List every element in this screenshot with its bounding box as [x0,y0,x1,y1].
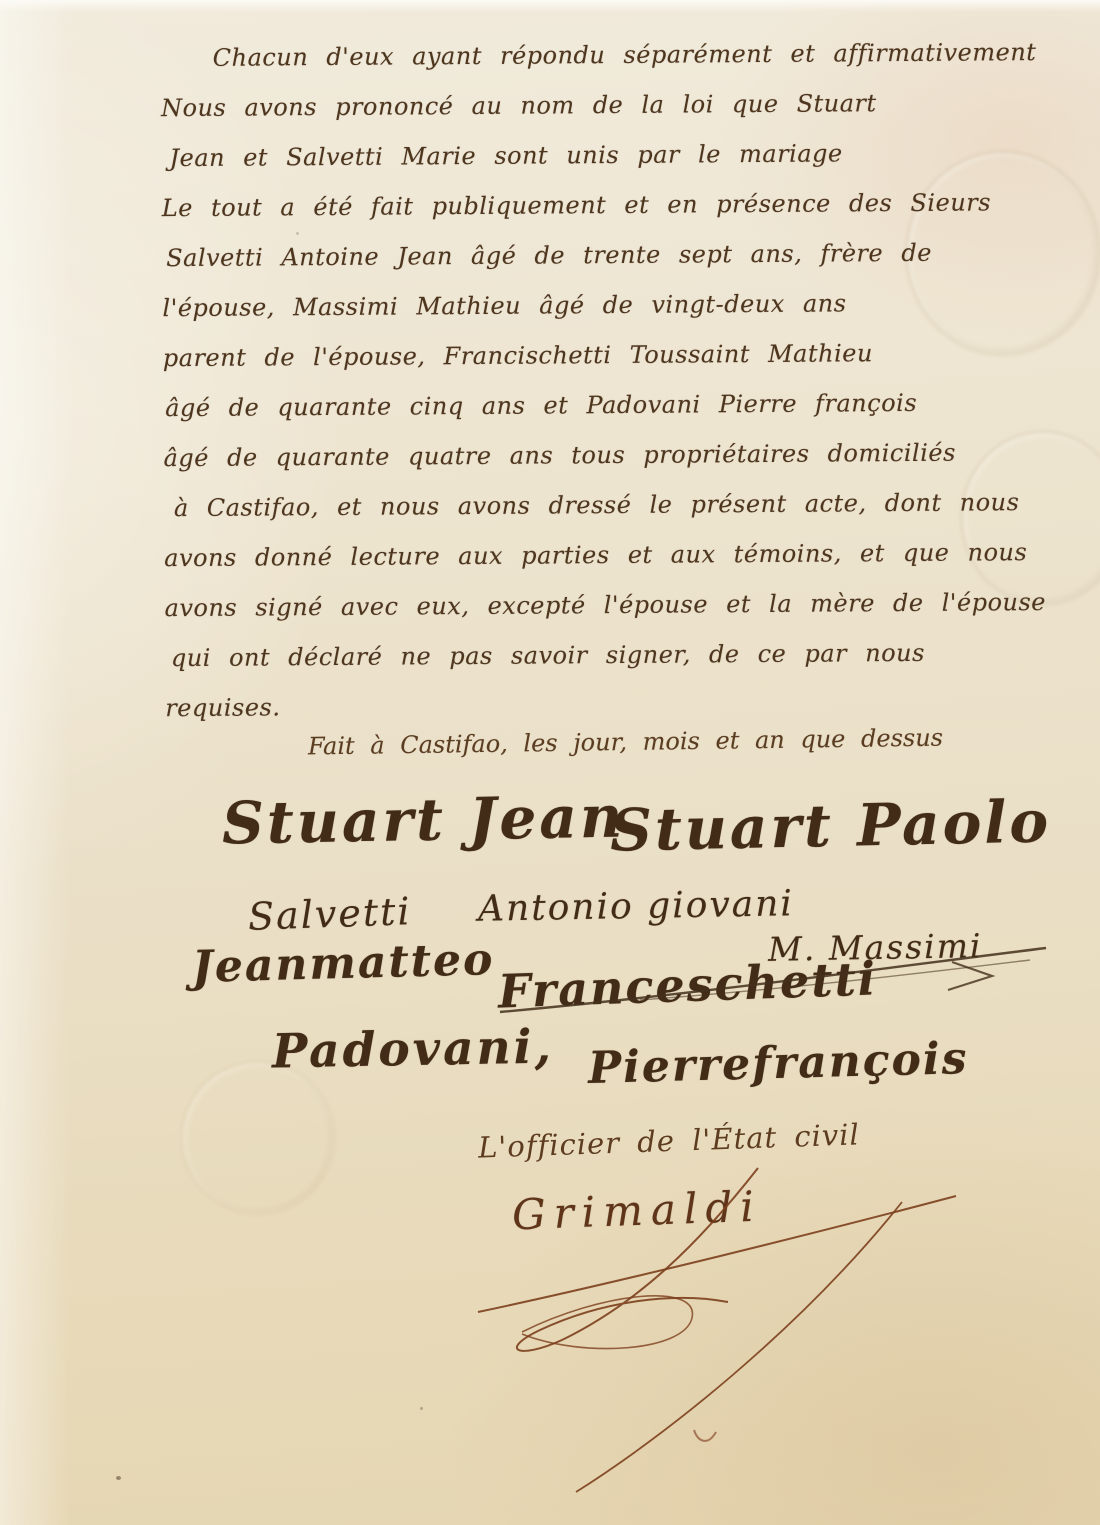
signature-stuart-jean: Stuart Jean [221,782,625,857]
manuscript-line: âgé de quarante quatre ans tous propriét… [163,427,1073,483]
signature-stuart-paolo: Stuart Paolo [609,787,1051,864]
paper-speck [116,1476,121,1480]
manuscript-line: Nous avons prononcé au nom de la loi que… [161,77,1071,133]
manuscript-line: à Castifao, et nous avons dressé le prés… [164,477,1074,533]
signature-jeanmatteo: Jeanmatteo [191,934,495,993]
manuscript-line: âgé de quarante cinq ans et Padovani Pie… [163,377,1073,433]
signature-antonio-giovani: Antonio giovani [478,883,795,930]
signature-pierrefrancois: Pierrefrançois [587,1033,969,1094]
manuscript-line: avons donné lecture aux parties et aux t… [164,527,1074,583]
signature-grimaldi: Grimaldi [511,1182,762,1240]
paper-left-edge [0,0,70,1525]
manuscript-line: Le tout a été fait publiquement et en pr… [162,177,1072,233]
manuscript-line: Jean et Salvetti Marie sont unis par le … [161,127,1071,183]
manuscript-body: Chacun d'eux ayant répondu séparément et… [161,27,1076,733]
signature-massimi: M. Massimi [768,926,983,969]
manuscript-line: Salvetti Antoine Jean âgé de trente sept… [162,227,1072,283]
paper-speck [420,1407,423,1410]
manuscript-line: parent de l'épouse, Francischetti Toussa… [163,327,1073,383]
paper-top-edge [0,0,1100,12]
officer-title: L'officier de l'État civil [478,1117,861,1164]
manuscript-line: qui ont déclaré ne pas savoir signer, de… [165,627,1075,683]
blind-embossed-seal [180,1060,336,1216]
manuscript-page: Chacun d'eux ayant répondu séparément et… [0,0,1100,1525]
manuscript-line: l'épouse, Massimi Mathieu âgé de vingt-d… [162,277,1072,333]
signature-salvetti: Salvetti [247,889,412,939]
manuscript-line: Chacun d'eux ayant répondu séparément et… [161,27,1071,83]
signature-padovani: Padovani, [272,1020,555,1080]
manuscript-line: avons signé avec eux, excepté l'épouse e… [164,577,1074,633]
